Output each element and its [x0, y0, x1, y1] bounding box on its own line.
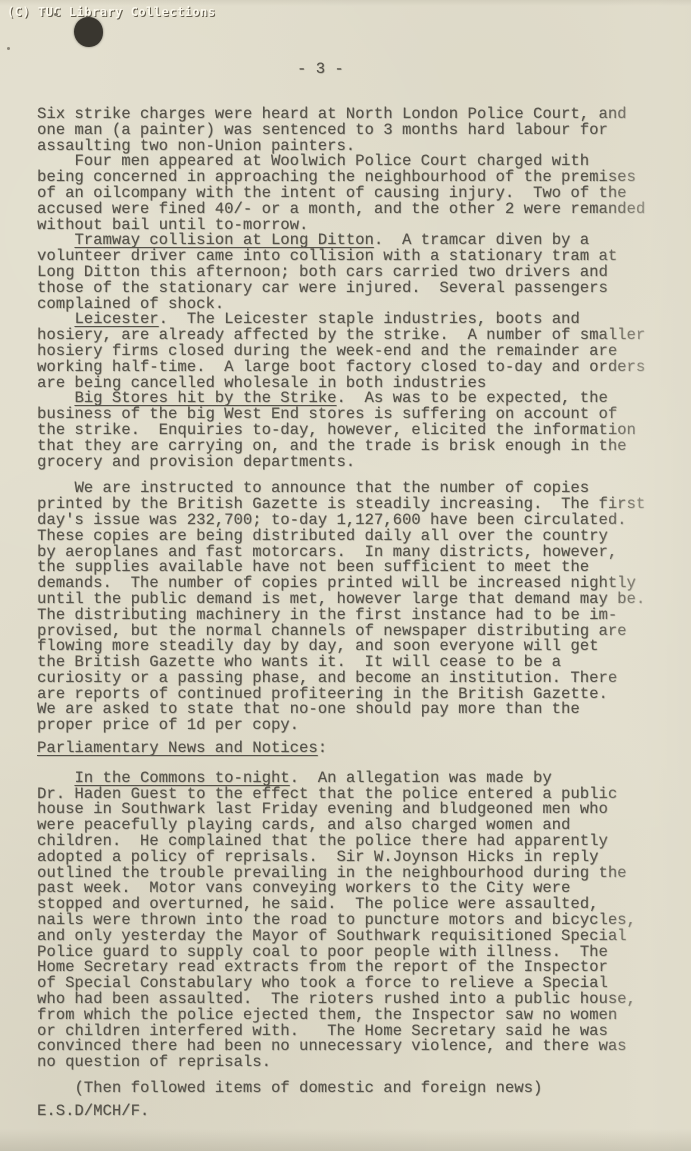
paragraph: Six strike charges were heard at North L…: [37, 107, 677, 470]
page-number: - 3 -: [297, 60, 344, 78]
document-line: no question of reprisals.: [37, 1055, 677, 1071]
document-body: Six strike charges were heard at North L…: [37, 107, 677, 1120]
paragraph: Parliamentary News and Notices:: [37, 741, 677, 757]
paragraph: In the Commons to-night. An allegation w…: [37, 771, 677, 1071]
document-line: grocery and provision departments.: [37, 455, 677, 471]
document-line: E.S.D/MCH/F.: [37, 1104, 677, 1120]
scan-shade-bottom: [0, 1129, 691, 1151]
document-line: proper price of 1d per copy.: [37, 718, 677, 734]
paragraph: We are instructed to announce that the n…: [37, 481, 677, 734]
paper-speck: [43, 11, 45, 13]
paragraph: E.S.D/MCH/F.: [37, 1104, 677, 1120]
document-line: Parliamentary News and Notices:: [37, 741, 677, 757]
underlined-heading: Parliamentary News and Notices: [37, 739, 318, 757]
hole-punch-mark: [74, 17, 103, 47]
paper-speck: [7, 47, 10, 50]
paper-speck: [54, 13, 58, 16]
document-line: (Then followed items of domestic and for…: [37, 1081, 677, 1097]
scanned-document-page: (C) TUC Library Collections - 3 - Six st…: [0, 0, 691, 1151]
paragraph: (Then followed items of domestic and for…: [37, 1081, 677, 1097]
copyright-watermark: (C) TUC Library Collections: [7, 5, 216, 19]
